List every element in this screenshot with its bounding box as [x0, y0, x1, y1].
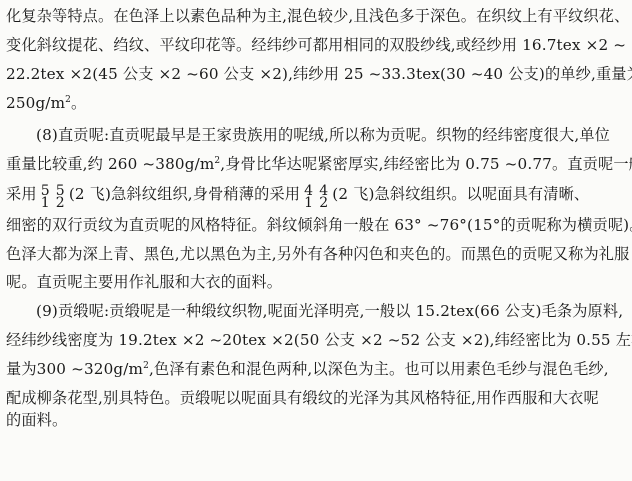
denominator: 2: [316, 197, 331, 209]
text: (2 飞)急斜纹组织。以呢面具有清晰、: [332, 185, 589, 203]
text-line: 变化斜纹提花、绉纹、平纹印花等。经纬纱可都用相同的双股纱线,或经纱用 16.7t…: [6, 35, 628, 55]
text-line: 细密的双行贡纹为直贡呢的风格特征。斜纹倾斜角一般在 63° ~76°(15°的贡…: [6, 215, 628, 235]
text-line: 化复杂等特点。在色泽上以素色品种为主,混色较少,且浅色多于深色。在织纹上有平纹织…: [6, 6, 628, 26]
weave-fraction: 5512: [38, 185, 68, 209]
text-line: 重量比较重,约 260 ~380g/m2,身骨比华达呢紧密厚实,纬经密比为 0.…: [6, 154, 628, 174]
text: ,色泽有素色和混色两种,以深色为主。也可以用素色毛纱与混色毛纱,: [149, 360, 609, 378]
document-page: 化复杂等特点。在色泽上以素色品种为主,混色较少,且浅色多于深色。在织纹上有平纹织…: [0, 0, 632, 481]
text-line: 呢。直贡呢主要用作礼服和大衣的面料。: [6, 272, 628, 292]
text-line: 色泽大都为深上青、黑色,尤以黑色为主,另外有各种闪色和夹色的。而黑色的贡呢又称为…: [6, 244, 628, 264]
paragraph-9-start: (9)贡缎呢:贡缎呢是一种缎纹织物,呢面光泽明亮,一般以 15.2tex(66 …: [36, 301, 628, 321]
text: 量为300 ~320g/m: [6, 360, 143, 378]
text: 。: [71, 94, 86, 112]
denominator: 2: [53, 197, 68, 209]
text: 250g/m: [6, 94, 65, 112]
paragraph-8-start: (8)直贡呢:直贡呢最早是王家贵族用的呢绒,所以称为贡呢。织物的经纬密度很大,单…: [36, 125, 628, 145]
denominator: 1: [301, 197, 316, 209]
text-line: 22.2tex ×2(45 公支 ×2 ~60 公支 ×2),纬纱用 25 ~3…: [6, 64, 628, 84]
text-line: 配成柳条花型,别具特色。贡缎呢以呢面具有缎纹的光泽为其风格特征,用作西服和大衣呢: [6, 388, 628, 408]
text: 重量比较重,约 260 ~380g/m: [6, 155, 214, 173]
denominator: 1: [38, 197, 53, 209]
weave-fraction: 4412: [301, 185, 331, 209]
text: (2 飞)急斜纹组织,身骨稍薄的采用: [69, 185, 300, 203]
text-line: 的面料。: [6, 410, 628, 430]
text-line: 采用5512(2 飞)急斜纹组织,身骨稍薄的采用4412(2 飞)急斜纹组织。以…: [6, 183, 628, 207]
text: ,身骨比华达呢紧密厚实,纬经密比为 0.75 ~0.77。直贡呢一般: [220, 155, 632, 173]
text: 采用: [6, 185, 37, 203]
text-line: 经纬纱线密度为 19.2tex ×2 ~20tex ×2(50 公支 ×2 ~5…: [6, 330, 628, 350]
text-line: 250g/m2。: [6, 93, 628, 113]
text-line: 量为300 ~320g/m2,色泽有素色和混色两种,以深色为主。也可以用素色毛纱…: [6, 359, 628, 379]
